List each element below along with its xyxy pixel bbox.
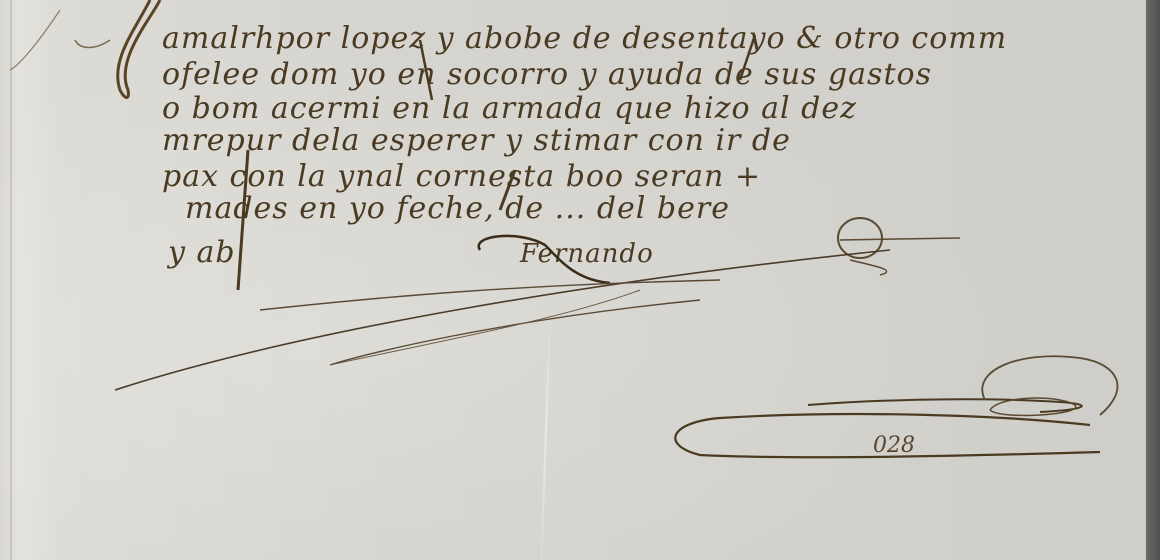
folio-number: 028 [873,433,915,458]
manuscript-line-3: o bom acermi en la armada que hizo al de… [162,91,857,126]
manuscript-photo: amalrhpor lopez y abobe de desentayo & o… [0,0,1160,560]
manuscript-line-6: mades en yo feche, de ... del bere [185,191,730,226]
manuscript-line-2: ofelee dom yo en socorro y ayuda de sus … [162,57,932,92]
signature: Fernando [519,239,654,269]
manuscript-line-5: pax con la ynal cornesta boo seran + [162,159,761,194]
manuscript-line-7: y ab [166,235,236,270]
manuscript-line-1: amalrhpor lopez y abobe de desentayo & o… [162,21,1007,56]
manuscript-line-4: mrepur dela esperer y stimar con ir de [162,123,791,158]
ink-strokes: amalrhpor lopez y abobe de desentayo & o… [0,0,1160,560]
left-flourish-stroke [118,0,160,98]
